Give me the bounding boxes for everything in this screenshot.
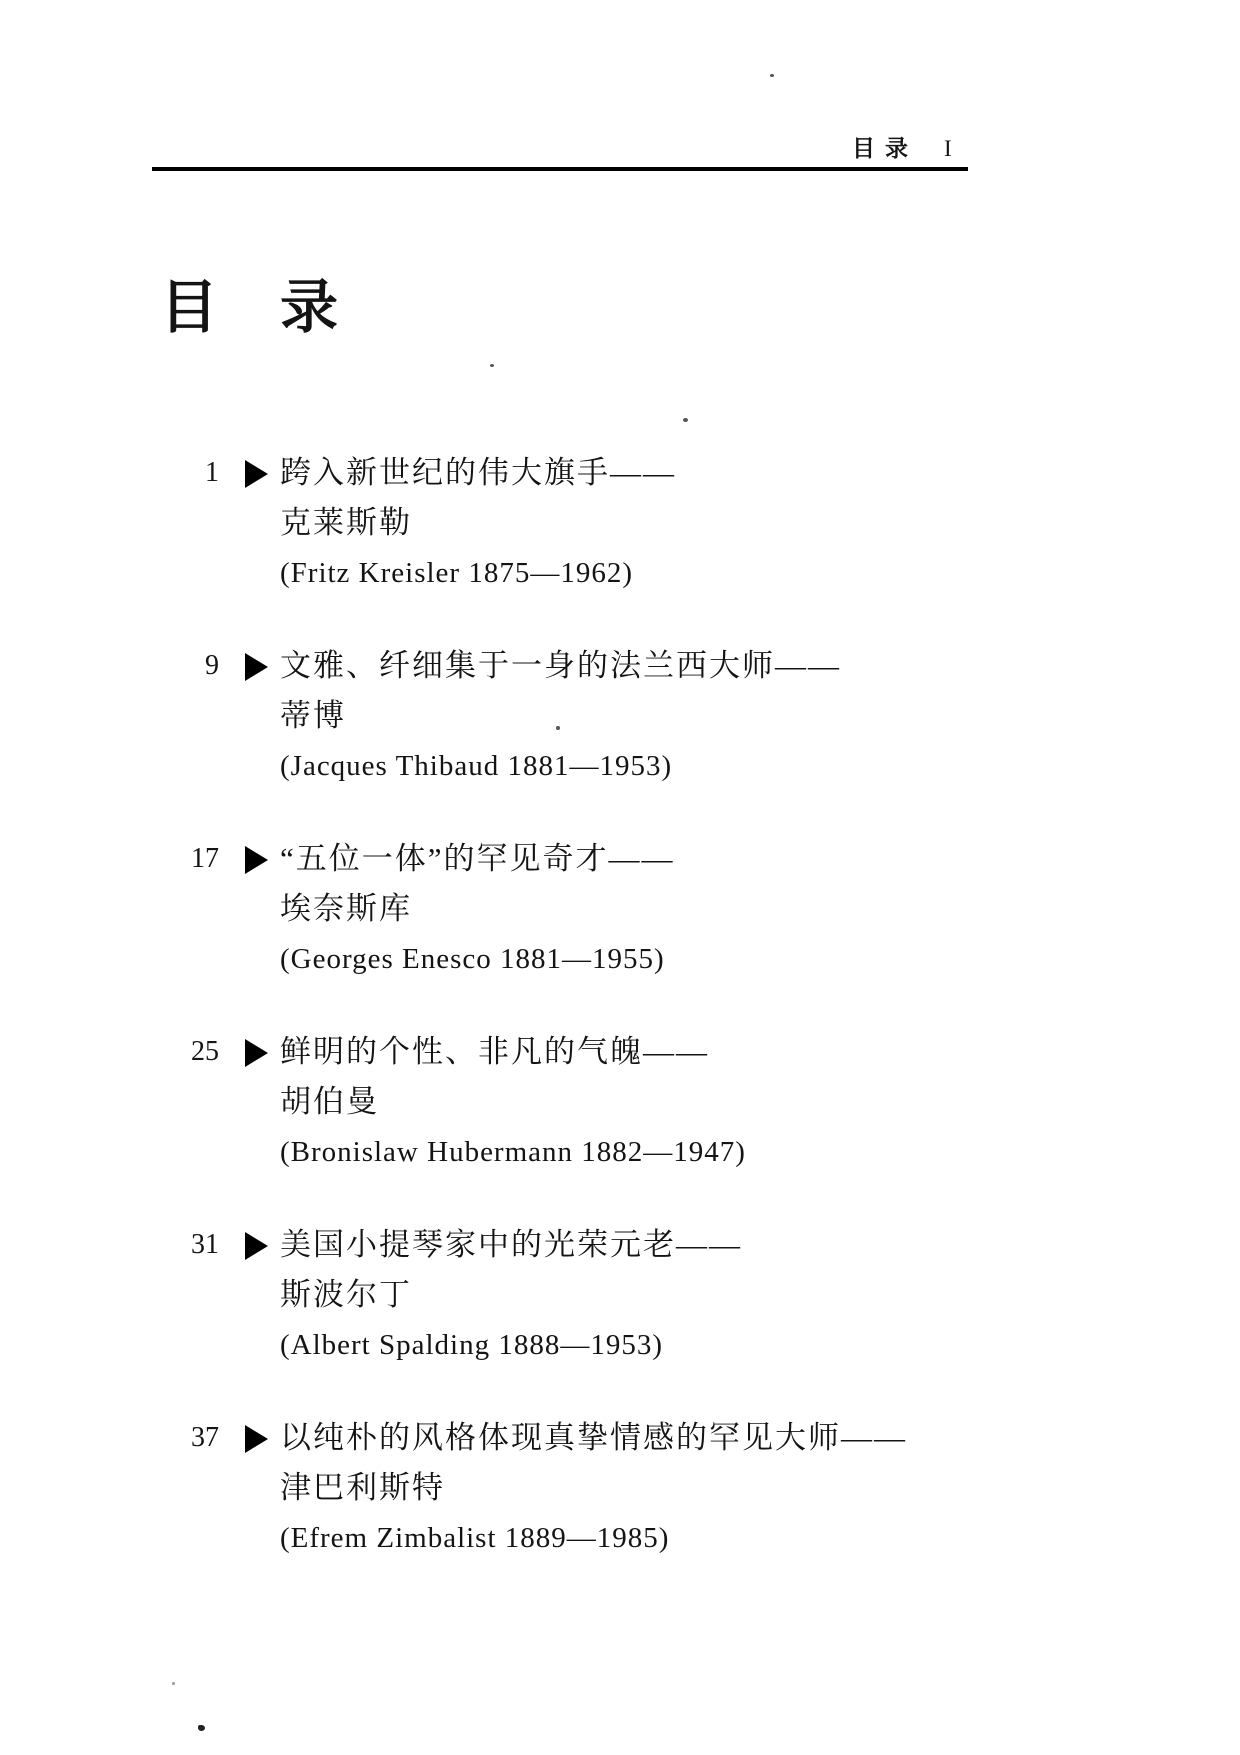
header-rule xyxy=(152,167,968,171)
entry-title: 美国小提琴家中的光荣元老—— xyxy=(280,1220,985,1270)
entry-artist-name-en: (Albert Spalding 1888—1953) xyxy=(280,1320,985,1371)
scan-speck xyxy=(198,1725,205,1731)
running-header-title: 目录 xyxy=(852,136,918,162)
entry-title: 跨入新世纪的伟大旗手—— xyxy=(280,448,985,498)
scanned-toc-page: 目录I 目 录 1 跨入新世纪的伟大旗手—— 克莱斯勒 (Fritz Kreis… xyxy=(0,0,1240,1755)
entry-page-number: 37 xyxy=(185,1413,219,1564)
entry-title: 文雅、纤细集于一身的法兰西大师—— xyxy=(280,641,985,691)
toc-entry: 17 “五位一体”的罕见奇才—— 埃奈斯库 (Georges Enesco 18… xyxy=(185,834,985,985)
entry-artist-name-en: (Georges Enesco 1881—1955) xyxy=(280,934,985,985)
entry-page-number: 1 xyxy=(185,448,219,599)
entry-artist-name-cn: 埃奈斯库 xyxy=(280,884,985,934)
entry-page-number: 25 xyxy=(185,1027,219,1178)
toc-entry: 1 跨入新世纪的伟大旗手—— 克莱斯勒 (Fritz Kreisler 1875… xyxy=(185,448,985,599)
scan-speck xyxy=(556,726,560,730)
entry-title: 鲜明的个性、非凡的气魄—— xyxy=(280,1027,985,1077)
entry-title: 以纯朴的风格体现真挚情感的罕见大师—— xyxy=(280,1413,985,1463)
triangle-marker-icon xyxy=(219,448,277,599)
entry-page-number: 31 xyxy=(185,1220,219,1371)
entry-artist-name-en: (Efrem Zimbalist 1889—1985) xyxy=(280,1513,985,1564)
toc-entry: 9 文雅、纤细集于一身的法兰西大师—— 蒂博 (Jacques Thibaud … xyxy=(185,641,985,792)
page-title: 目 录 xyxy=(160,276,340,338)
triangle-marker-icon xyxy=(219,834,277,985)
scan-speck xyxy=(683,418,688,422)
toc-entry: 25 鲜明的个性、非凡的气魄—— 胡伯曼 (Bronislaw Huberman… xyxy=(185,1027,985,1178)
entry-artist-name-cn: 胡伯曼 xyxy=(280,1077,985,1127)
entry-page-number: 9 xyxy=(185,641,219,792)
scan-speck xyxy=(172,1682,175,1685)
entry-artist-name-en: (Jacques Thibaud 1881—1953) xyxy=(280,741,985,792)
triangle-marker-icon xyxy=(219,1027,277,1178)
toc-entry: 37 以纯朴的风格体现真挚情感的罕见大师—— 津巴利斯特 (Efrem Zimb… xyxy=(185,1413,985,1564)
scan-speck xyxy=(770,74,774,77)
entry-artist-name-cn: 津巴利斯特 xyxy=(280,1463,985,1513)
entry-page-number: 17 xyxy=(185,834,219,985)
running-header: 目录I xyxy=(852,130,952,163)
entry-artist-name-en: (Bronislaw Hubermann 1882—1947) xyxy=(280,1127,985,1178)
toc-entry: 31 美国小提琴家中的光荣元老—— 斯波尔丁 (Albert Spalding … xyxy=(185,1220,985,1371)
triangle-marker-icon xyxy=(219,641,277,792)
triangle-marker-icon xyxy=(219,1413,277,1564)
entry-artist-name-cn: 克莱斯勒 xyxy=(280,498,985,548)
table-of-contents: 1 跨入新世纪的伟大旗手—— 克莱斯勒 (Fritz Kreisler 1875… xyxy=(185,448,985,1606)
triangle-marker-icon xyxy=(219,1220,277,1371)
entry-artist-name-cn: 蒂博 xyxy=(280,691,985,741)
entry-artist-name-en: (Fritz Kreisler 1875—1962) xyxy=(280,548,985,599)
scan-speck xyxy=(490,364,494,367)
entry-title: “五位一体”的罕见奇才—— xyxy=(280,834,985,884)
entry-artist-name-cn: 斯波尔丁 xyxy=(280,1270,985,1320)
running-header-page-number: I xyxy=(944,136,952,161)
